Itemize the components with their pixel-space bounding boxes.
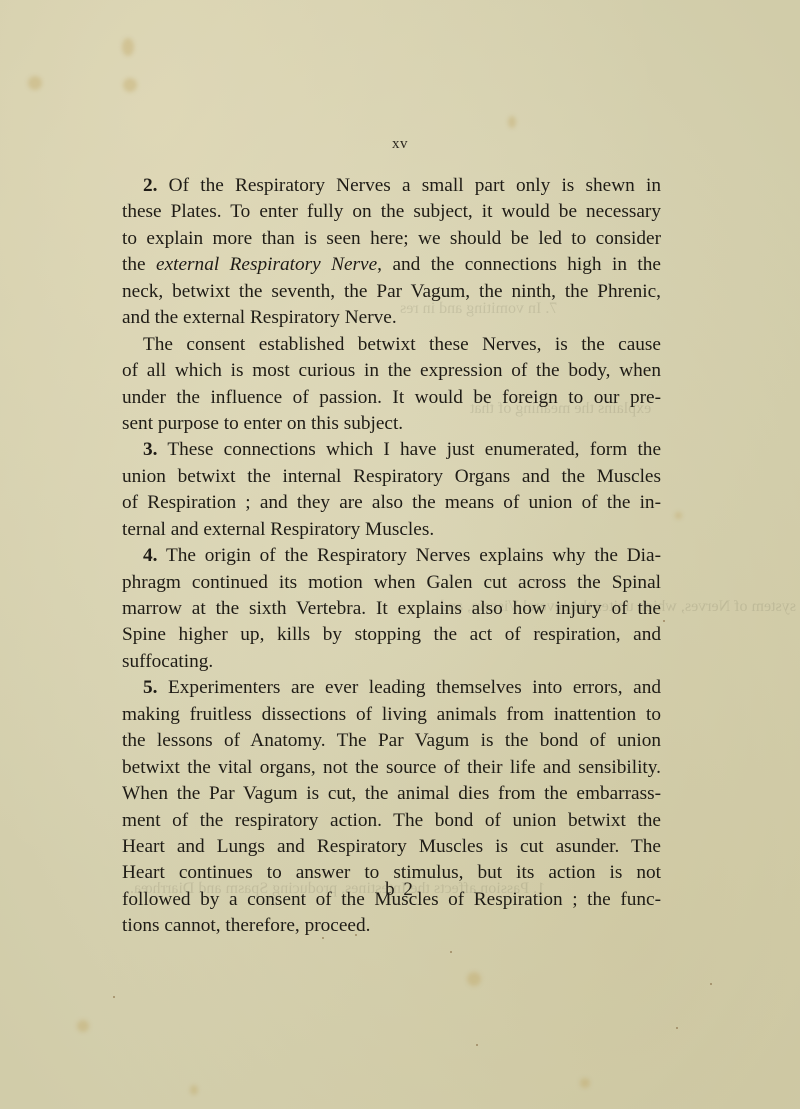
foxing-spot [190, 1085, 198, 1095]
foxing-spot [28, 76, 42, 90]
line-text: tions cannot, therefore, proceed. [122, 915, 370, 936]
italic-term: external Respiratory Nerve [156, 254, 377, 275]
text-line: suffocating. [122, 649, 661, 675]
line-text: under the influence of passion. It would… [122, 387, 661, 408]
line-text: the lessons of Anatomy. The Par Vagum is… [122, 730, 661, 751]
text-line: neck, betwixt the seventh, the Par Vagum… [122, 279, 661, 305]
line-text: betwixt the vital organs, not the source… [122, 757, 661, 778]
line-text: ternal and external Respiratory Muscles. [122, 519, 434, 540]
paragraph-para-consent: The consent established betwixt these Ne… [122, 332, 661, 438]
text-line: When the Par Vagum is cut, the animal di… [122, 781, 661, 807]
foxing-spot [580, 1078, 590, 1088]
page-number-roman: xv [0, 136, 800, 153]
line-text: ment of the respiratory action. The bond… [122, 810, 661, 831]
line-text: Of the Respiratory Nerves a small part o… [157, 175, 661, 196]
text-line: making fruitless dissections of living a… [122, 702, 661, 728]
line-text: Heart and Lungs and Respiratory Muscles … [122, 836, 661, 857]
foxing-spot [122, 38, 134, 56]
ink-fleck [663, 620, 665, 622]
foxing-spot [123, 78, 137, 92]
text-line: Heart and Lungs and Respiratory Muscles … [122, 834, 661, 860]
printer-signature-mark: b 2 [0, 879, 800, 901]
ink-fleck [676, 1027, 678, 1029]
line-text: neck, betwixt the seventh, the Par Vagum… [122, 281, 661, 302]
text-line: ment of the respiratory action. The bond… [122, 808, 661, 834]
text-line: sent purpose to enter on this subject. [122, 411, 661, 437]
paragraph-para-2: 2. Of the Respiratory Nerves a small par… [122, 173, 661, 332]
line-text: phragm continued its motion when Galen c… [122, 572, 661, 593]
line-text: these Plates. To enter fully on the subj… [122, 201, 661, 222]
text-line: tions cannot, therefore, proceed. [122, 913, 661, 939]
foxing-spot [508, 116, 516, 128]
text-line: 4. The origin of the Respiratory Nerves … [122, 543, 661, 569]
paragraph-para-3: 3. These connections which I have just e… [122, 437, 661, 543]
text-line: marrow at the sixth Vertebra. It explain… [122, 596, 661, 622]
text-line: union betwixt the internal Respiratory O… [122, 464, 661, 490]
foxing-spot [77, 1020, 89, 1032]
text-line: of all which is most curious in the expr… [122, 358, 661, 384]
line-text: to explain more than is seen here; we sh… [122, 228, 661, 249]
foxing-spot [467, 972, 481, 986]
line-text: When the Par Vagum is cut, the animal di… [122, 783, 661, 804]
text-line: phragm continued its motion when Galen c… [122, 570, 661, 596]
paragraph-number: 4. [143, 545, 157, 566]
ink-fleck [476, 1044, 478, 1046]
paragraph-number: 3. [143, 439, 157, 460]
book-page: 7. In vomiting and in res explains the m… [0, 0, 800, 1109]
line-text: suffocating. [122, 651, 213, 672]
text-line: The consent established betwixt these Ne… [122, 332, 661, 358]
line-text: the [122, 254, 156, 275]
line-text: The consent established betwixt these Ne… [143, 334, 661, 355]
line-text: Spine higher up, kills by stopping the a… [122, 624, 661, 645]
body-text: 2. Of the Respiratory Nerves a small par… [122, 173, 661, 940]
text-line: Spine higher up, kills by stopping the a… [122, 622, 661, 648]
text-line: 3. These connections which I have just e… [122, 437, 661, 463]
text-line: ternal and external Respiratory Muscles. [122, 517, 661, 543]
text-line: the lessons of Anatomy. The Par Vagum is… [122, 728, 661, 754]
line-text: These connections which I have just enum… [157, 439, 661, 460]
line-text: , and the connections high in the [377, 254, 661, 275]
line-text: of all which is most curious in the expr… [122, 360, 661, 381]
paragraph-number: 5. [143, 677, 157, 698]
line-text: of Respiration ; and they are also the m… [122, 492, 661, 513]
ink-fleck [450, 951, 452, 953]
text-line: betwixt the vital organs, not the source… [122, 755, 661, 781]
text-line: these Plates. To enter fully on the subj… [122, 199, 661, 225]
text-line: of Respiration ; and they are also the m… [122, 490, 661, 516]
ink-fleck [710, 983, 712, 985]
foxing-spot [675, 512, 682, 519]
line-text: Experimenters are ever leading themselve… [157, 677, 661, 698]
line-text: marrow at the sixth Vertebra. It explain… [122, 598, 661, 619]
text-line: to explain more than is seen here; we sh… [122, 226, 661, 252]
ink-fleck [113, 996, 115, 998]
text-line: and the external Respiratory Nerve. [122, 305, 661, 331]
line-text: union betwixt the internal Respiratory O… [122, 466, 661, 487]
text-line: 5. Experimenters are ever leading themse… [122, 675, 661, 701]
text-line: under the influence of passion. It would… [122, 385, 661, 411]
line-text: The origin of the Respiratory Nerves exp… [157, 545, 661, 566]
text-line: the external Respiratory Nerve, and the … [122, 252, 661, 278]
line-text: and the external Respiratory Nerve. [122, 307, 397, 328]
paragraph-number: 2. [143, 175, 157, 196]
text-line: 2. Of the Respiratory Nerves a small par… [122, 173, 661, 199]
line-text: sent purpose to enter on this subject. [122, 413, 403, 434]
line-text: making fruitless dissections of living a… [122, 704, 661, 725]
paragraph-para-4: 4. The origin of the Respiratory Nerves … [122, 543, 661, 675]
